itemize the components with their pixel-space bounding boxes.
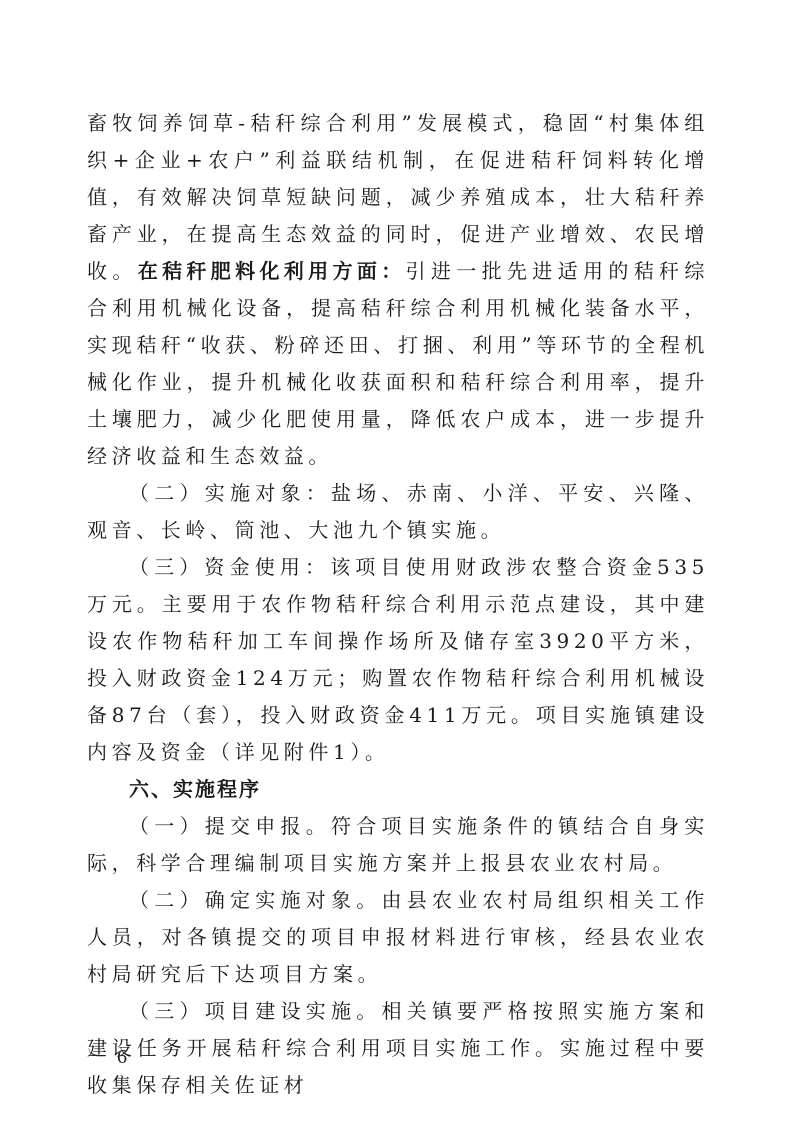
paragraph-determine-targets: （二）确定实施对象。由县农业农村局组织相关工作人员，对各镇提交的项目申报材料进行…	[87, 882, 709, 993]
document-body: 畜牧饲养饲草-秸秆综合利用”发展模式，稳固“村集体组织+企业+农户”利益联结机制…	[87, 105, 709, 1104]
paragraph-fund-usage: （三）资金使用：该项目使用财政涉农整合资金535万元。主要用于农作物秸秆综合利用…	[87, 549, 709, 771]
paragraph-implementation-targets: （二）实施对象：盐场、赤南、小洋、平安、兴隆、观音、长岭、筒池、大池九个镇实施。	[87, 475, 709, 549]
paragraph-text: 引进一批先进适用的秸秆综合利用机械化设备，提高秸秆综合利用机械化装备水平，实现秸…	[87, 259, 709, 468]
section-heading-procedure: 六、实施程序	[87, 771, 709, 808]
bold-subheading-fertilizer: 在秸秆肥料化利用方面：	[138, 259, 406, 283]
paragraph-project-construction: （三）项目建设实施。相关镇要严格按照实施方案和建设任务开展秸秆综合利用项目实施工…	[87, 993, 709, 1104]
paragraph-submit-application: （一）提交申报。符合项目实施条件的镇结合自身实际，科学合理编制项目实施方案并上报…	[87, 808, 709, 882]
paragraph-feed-utilization: 畜牧饲养饲草-秸秆综合利用”发展模式，稳固“村集体组织+企业+农户”利益联结机制…	[87, 105, 709, 475]
paragraph-text: 畜牧饲养饲草-秸秆综合利用”发展模式，稳固“村集体组织+企业+农户”利益联结机制…	[87, 111, 709, 283]
page-number: － 6 －	[86, 1040, 161, 1069]
